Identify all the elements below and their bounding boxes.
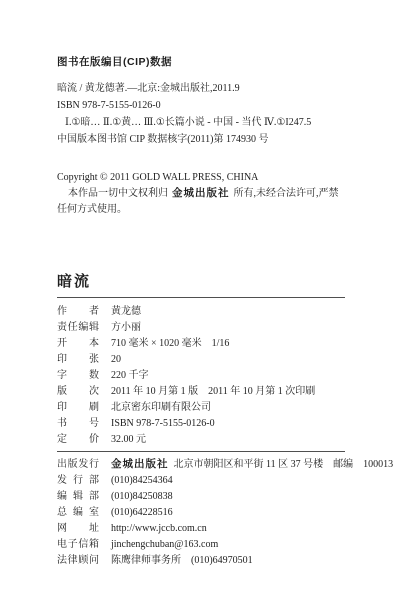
colophon-label: 印刷 <box>57 400 99 416</box>
book-title: 暗流 <box>57 272 345 292</box>
publisher-website-url: http://www.jccb.com.cn <box>111 521 345 537</box>
publisher-label: 电子信箱 <box>57 537 99 553</box>
publisher-label: 编辑部 <box>57 489 99 505</box>
copyright-publisher-name: 金城出版社 <box>172 188 230 199</box>
page-content: 图书在版编目(CIP)数据 暗流 / 黄龙德著.—北京:金城出版社,2011.9… <box>0 0 393 569</box>
publisher-label: 出版发行 <box>57 457 99 473</box>
colophon-row-edition: 版次 2011 年 10 月第 1 版 2011 年 10 月第 1 次印刷 <box>57 384 345 400</box>
copyright-english-line: Copyright © 2011 GOLD WALL PRESS, CHINA <box>57 170 345 186</box>
colophon-value: ISBN 978-7-5155-0126-0 <box>111 416 345 432</box>
colophon-row-sheets: 印张 20 <box>57 352 345 368</box>
colophon-value: 32.00 元 <box>111 432 345 448</box>
publisher-email: jinchengchuban@163.com <box>111 537 345 553</box>
colophon-row-wordcount: 字数 220 千字 <box>57 368 345 384</box>
copyright-notice: 本作品一切中文权利归金城出版社所有,未经合法许可,严禁任何方式使用。 <box>57 186 345 218</box>
publisher-divider <box>57 451 345 452</box>
publisher-row-website: 网址 http://www.jccb.com.cn <box>57 521 345 537</box>
cip-block: 图书在版编目(CIP)数据 暗流 / 黄龙德著.—北京:金城出版社,2011.9… <box>57 56 345 148</box>
cip-classification-line: Ⅰ.①暗… Ⅱ.①黄… Ⅲ.①长篇小说 - 中国 - 当代 Ⅳ.①I247.5 <box>57 114 345 131</box>
colophon-row-format: 开本 710 毫米 × 1020 毫米 1/16 <box>57 336 345 352</box>
colophon-label: 责任编辑 <box>57 320 99 336</box>
colophon-value: 2011 年 10 月第 1 版 2011 年 10 月第 1 次印刷 <box>111 384 345 400</box>
publisher-label: 法律顾问 <box>57 553 99 569</box>
publisher-row-distribution: 发行部 (010)84254364 <box>57 473 345 489</box>
colophon-value: 黄龙德 <box>111 304 345 320</box>
colophon-label: 定价 <box>57 432 99 448</box>
publisher-row-email: 电子信箱 jinchengchuban@163.com <box>57 537 345 553</box>
colophon-label: 作者 <box>57 304 99 320</box>
publisher-address: 北京市朝阳区和平街 11 区 37 号楼 邮编 100013 <box>174 459 393 470</box>
copyright-block: Copyright © 2011 GOLD WALL PRESS, CHINA … <box>57 170 345 218</box>
colophon-value: 20 <box>111 352 345 368</box>
colophon-value: 方小丽 <box>111 320 345 336</box>
publisher-value: 陈鹰律师事务所 (010)64970501 <box>111 553 345 569</box>
publisher-value: (010)64228516 <box>111 505 345 521</box>
publisher-label: 总编室 <box>57 505 99 521</box>
publisher-row-chief-office: 总编室 (010)64228516 <box>57 505 345 521</box>
publisher-label: 网址 <box>57 521 99 537</box>
colophon-table: 作者 黄龙德 责任编辑 方小丽 开本 710 毫米 × 1020 毫米 1/16… <box>57 304 345 448</box>
copyright-notice-pre: 本作品一切中文权利归 <box>68 188 168 199</box>
colophon-label: 版次 <box>57 384 99 400</box>
colophon-value: 710 毫米 × 1020 毫米 1/16 <box>111 336 345 352</box>
publisher-row-editorial: 编辑部 (010)84250838 <box>57 489 345 505</box>
colophon-value: 北京密东印刷有限公司 <box>111 400 345 416</box>
book-copyright-page: 图书在版编目(CIP)数据 暗流 / 黄龙德著.—北京:金城出版社,2011.9… <box>0 0 393 600</box>
title-divider <box>57 297 345 298</box>
publisher-name: 金城出版社 <box>111 459 169 470</box>
colophon-row-editor: 责任编辑 方小丽 <box>57 320 345 336</box>
colophon-row-isbn: 书号 ISBN 978-7-5155-0126-0 <box>57 416 345 432</box>
publisher-row-legal: 法律顾问 陈鹰律师事务所 (010)64970501 <box>57 553 345 569</box>
colophon-row-author: 作者 黄龙德 <box>57 304 345 320</box>
publisher-value: 金城出版社北京市朝阳区和平街 11 区 37 号楼 邮编 100013 <box>111 457 393 473</box>
colophon-row-price: 定价 32.00 元 <box>57 432 345 448</box>
colophon-value: 220 千字 <box>111 368 345 384</box>
cip-record-line: 中国版本图书馆 CIP 数据核字(2011)第 174930 号 <box>57 131 345 148</box>
cip-header: 图书在版编目(CIP)数据 <box>57 56 345 68</box>
colophon-label: 印张 <box>57 352 99 368</box>
colophon-label: 字数 <box>57 368 99 384</box>
colophon-label: 书号 <box>57 416 99 432</box>
publisher-row-address: 出版发行 金城出版社北京市朝阳区和平街 11 区 37 号楼 邮编 100013 <box>57 457 345 473</box>
publisher-value: (010)84254364 <box>111 473 345 489</box>
publisher-info-table: 出版发行 金城出版社北京市朝阳区和平街 11 区 37 号楼 邮编 100013… <box>57 457 345 569</box>
cip-isbn-line: ISBN 978-7-5155-0126-0 <box>57 97 345 114</box>
colophon-row-printer: 印刷 北京密东印刷有限公司 <box>57 400 345 416</box>
publisher-value: (010)84250838 <box>111 489 345 505</box>
cip-title-line: 暗流 / 黄龙德著.—北京:金城出版社,2011.9 <box>57 80 345 97</box>
colophon-label: 开本 <box>57 336 99 352</box>
publisher-label: 发行部 <box>57 473 99 489</box>
